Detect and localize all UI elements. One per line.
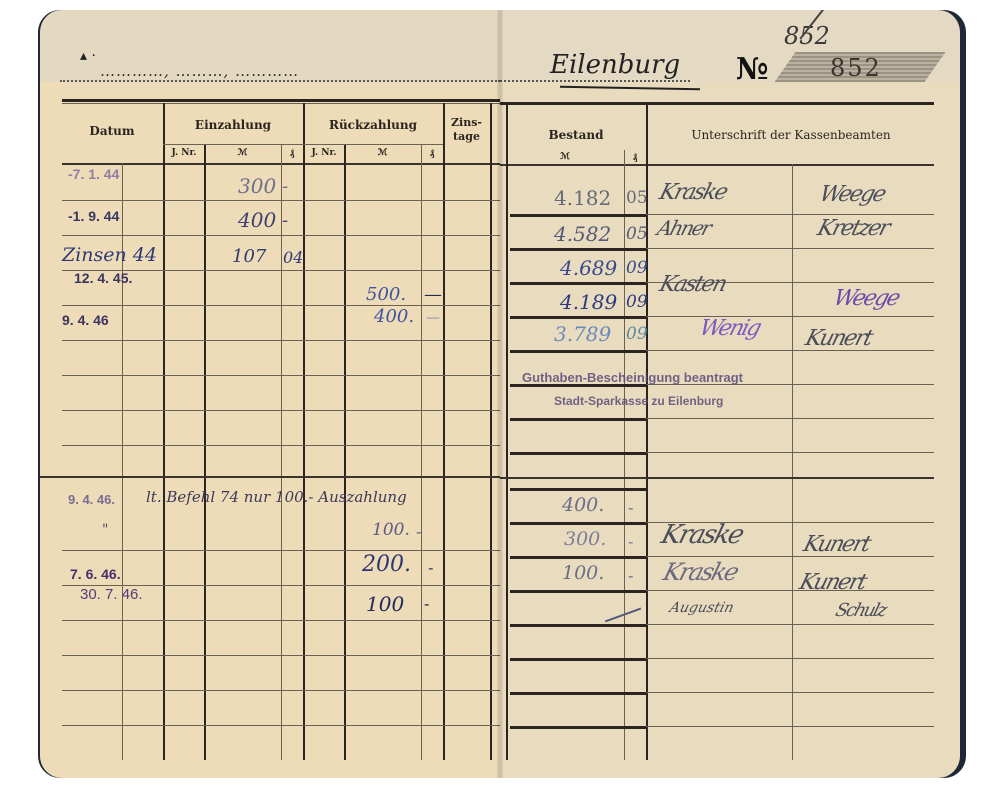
signature: Ahner [655,216,713,240]
row7-rueckzahlung: 100. [372,520,410,540]
sub-jnr: J. Nr. [164,148,204,158]
bestand-lower1-pf: - [628,498,633,517]
name-line [60,80,500,82]
row2-pf: - [282,210,288,231]
row7-pf: - [416,522,421,541]
row5-rueckzahlung: 400. [374,306,414,327]
signature: Weege [831,286,902,311]
row2-einzahlung: 400 [238,208,276,232]
row6-date: 9. 4. 46. [68,492,115,507]
signature: Wenig [697,316,763,341]
col-unterschrift: Unterschrift der Kassenbeamten [646,128,936,142]
bestand-lower1: 400. [562,494,604,516]
number-label: № [736,52,769,87]
col-einzahlung: Einzahlung [163,118,303,132]
signature: Schulz [833,600,887,621]
bestand-row3: 4.689 [560,256,617,280]
signature: Kasten [657,272,729,297]
row3-einzahlung: 107 [232,246,266,267]
bestand-lower3-pf: - [628,566,633,585]
number-handwritten: 852 [784,22,830,50]
row1-pf: - [282,176,288,197]
row3-date: Zinsen 44 [62,244,157,266]
bestand-lower3: 100. [562,562,604,584]
row9-date: 30. 7. 46. [80,586,143,603]
col-zinstage: Zins-tage [443,116,490,144]
bestand-row5-pf: 09 [626,324,648,344]
bestand-closing-stroke [605,608,641,622]
signature: Kunert [801,532,872,557]
bestand-row2: 4.582 [554,222,611,246]
bestand-row4-pf: 09 [626,292,648,312]
name-scribble: …………, ………, ………… [100,62,299,80]
signature: Augustin [668,600,736,616]
book-gutter [497,10,503,778]
bestand-row1-pf: 05 [626,188,648,208]
row9-rueckzahlung: 100 [366,592,404,616]
section-divider [40,476,500,478]
page-mark: ▴ · [80,48,96,64]
sub-mark-2: ℳ [344,148,421,158]
header-rule-right [500,102,934,105]
row1-einzahlung: 300 [238,174,276,198]
col-rueckzahlung: Rückzahlung [303,118,443,132]
row5-date: 9. 4. 46 [62,312,109,328]
left-page: ▴ · …………, ………, ………… Datum Einzahlung Rüc… [40,10,500,778]
row3-pf: 04 [283,248,303,267]
signature: Kraske [657,180,729,205]
row4-pf: — [424,284,442,305]
bestand-row1: 4.182 [554,186,611,210]
col-divider [163,103,165,760]
signature: Kretzer [815,216,892,241]
number-printed: 852 [830,54,882,82]
sub-mark-bestand: ℳ [506,152,624,162]
signature: Kunert [803,326,874,351]
bestand-row2-pf: 05 [626,224,648,244]
bestand-row5: 3.789 [554,322,611,346]
signature: Kunert [797,570,868,595]
place: Eilenburg [550,50,680,80]
row9-pf: - [424,594,429,613]
bestand-row4: 4.189 [560,290,617,314]
row7-date: " [102,522,108,538]
signature: Kraske [658,520,746,550]
bestand-lower2: 300. [564,528,606,550]
sub-pf-2: ₰ [421,148,443,159]
stamp-line2: Stadt-Sparkasse zu Eilenburg [554,394,723,408]
header-rule [62,99,500,102]
col-bestand: Bestand [506,128,646,142]
sub-jnr-2: J. Nr. [304,148,344,158]
stamp-line1: Guthaben-Bescheinigung beantragt [522,370,743,385]
row5-pf: — [426,310,440,326]
signature: Weege [817,182,888,207]
row4-rueckzahlung: 500. [366,284,406,305]
row4-date: 12. 4. 45. [74,270,132,286]
row1-date: -7. 1. 44 [68,166,119,182]
row6-note: lt. Befehl 74 nur 100.- Auszahlung [146,488,407,506]
sub-pf-bestand: ₰ [624,152,646,163]
row8-pf: - [428,558,433,577]
signature: Kraske [660,558,740,586]
bestand-row3-pf: 09 [626,258,648,278]
place-line [500,80,690,82]
right-page: Eilenburg № 852 Bestand Unterschrift der… [500,10,960,778]
sub-mark: ℳ [204,148,281,158]
row8-rueckzahlung: 200. [362,552,411,577]
bestand-lower2-pf: - [628,532,633,551]
col-datum: Datum [62,124,162,138]
sub-pf: ₰ [281,148,303,159]
row8-date: 7. 6. 46. [70,566,121,582]
row2-date: -1. 9. 44 [68,208,119,224]
